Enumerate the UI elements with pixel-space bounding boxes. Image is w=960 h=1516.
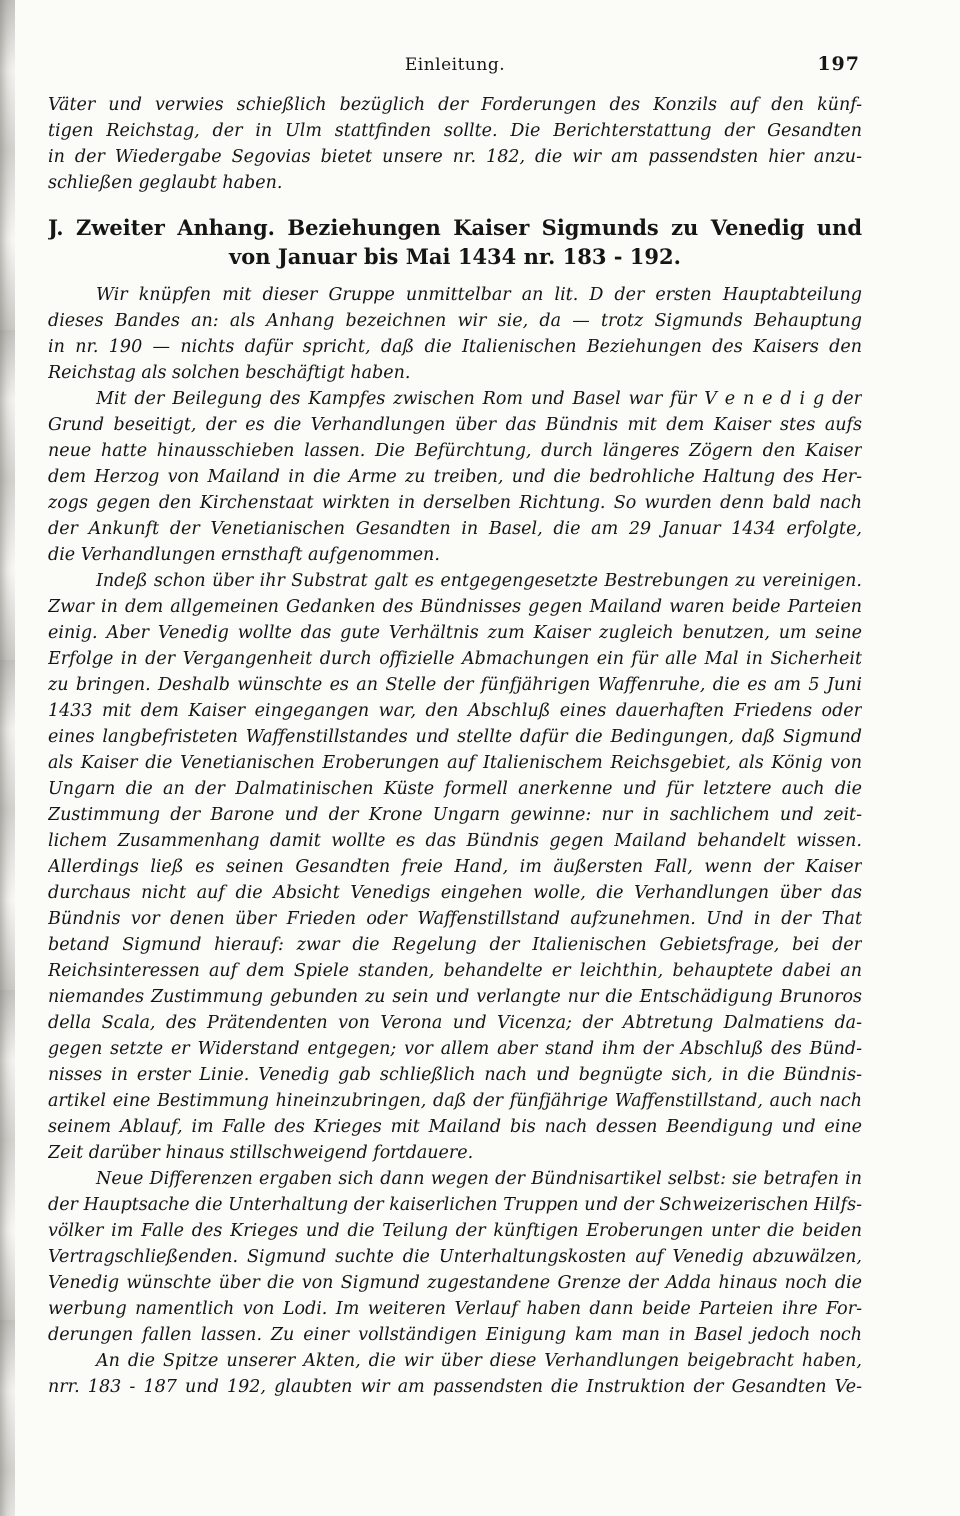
- line-text: in der Wiedergabe Segovias bietet unsere…: [48, 147, 862, 167]
- line-text: lichem Zusammenhang damit wollte es das …: [48, 831, 862, 851]
- line-text: Wir knüpfen mit dieser Gruppe unmittelba…: [96, 285, 862, 305]
- line-text: nisses in erster Linie. Venedig gab schl…: [48, 1065, 862, 1085]
- text-line: 35della Scala, des Prätendenten von Vero…: [48, 1010, 862, 1036]
- line-text: eines langbefristeten Waffenstillstandes…: [48, 727, 862, 747]
- line-text: Bündnis vor denen über Frieden oder Waff…: [48, 909, 862, 929]
- text-line: schließen geglaubt haben.: [48, 170, 862, 196]
- line-text: von Januar bis Mai 1434 nr. 183 - 192.: [229, 244, 681, 269]
- line-text: Mit der Beilegung des Kampfes zwischen R…: [96, 389, 862, 409]
- line-text: schließen geglaubt haben.: [48, 173, 282, 193]
- line-text: Väter und verwies schießlich bezüglich d…: [48, 95, 862, 115]
- text-line: 1433 mit dem Kaiser eingegangen war, den…: [48, 698, 862, 724]
- line-text: die Verhandlungen ernsthaft aufgenommen.: [48, 545, 440, 565]
- text-line: nrr. 183 - 187 und 192, glaubten wir am …: [48, 1374, 862, 1400]
- text-line: Wir knüpfen mit dieser Gruppe unmittelba…: [48, 282, 862, 308]
- text-line: 15zogs gegen den Kirchenstaat wirkten in…: [48, 490, 862, 516]
- line-text: Allerdings ließ es seinen Gesandten frei…: [48, 857, 862, 877]
- text-line: 20einig. Aber Venedig wollte das gute Ve…: [48, 620, 862, 646]
- line-text: artikel eine Bestimmung hineinzubringen,…: [48, 1091, 862, 1111]
- line-text: einig. Aber Venedig wollte das gute Verh…: [48, 623, 862, 643]
- text-line: betand Sigmund hierauf: zwar die Regelun…: [48, 932, 862, 958]
- paragraph: Indeß schon über ihr Substrat galt es en…: [48, 568, 862, 1166]
- line-text: J. Zweiter Anhang. Beziehungen Kaiser Si…: [48, 215, 862, 242]
- text-line: zu bringen. Deshalb wünschte es an Stell…: [48, 672, 862, 698]
- text-line: An die Spitze unserer Akten, die wir übe…: [48, 1348, 862, 1374]
- line-text: in nr. 190 — nichts dafür spricht, daß d…: [48, 337, 862, 357]
- line-text: völker im Falle des Krieges und die Teil…: [48, 1221, 862, 1241]
- text-line: tigen Reichstag, der in Ulm stattfinden …: [48, 118, 862, 144]
- line-text: Reichsinteressen auf dem Spiele standen,…: [48, 961, 862, 981]
- line-text: der Hauptsache die Unterhaltung der kais…: [48, 1195, 862, 1215]
- scan-edge-artifact: [0, 0, 15, 1516]
- line-text: der Ankunft der Venetianischen Gesandten…: [48, 519, 862, 539]
- text-line: Neue Differenzen ergaben sich dann wegen…: [48, 1166, 862, 1192]
- text-line: Zustimmung der Barone und der Krone Unga…: [48, 802, 862, 828]
- line-text: betand Sigmund hierauf: zwar die Regelun…: [48, 935, 862, 955]
- line-text: als Kaiser die Venetianischen Eroberunge…: [48, 753, 862, 773]
- line-text: werbung namentlich von Lodi. Im weiteren…: [48, 1299, 862, 1319]
- line-text: Erfolge in der Vergangenheit durch offiz…: [48, 649, 862, 669]
- text-line: Allerdings ließ es seinen Gesandten frei…: [48, 854, 862, 880]
- line-text: nrr. 183 - 187 und 192, glaubten wir am …: [48, 1377, 862, 1397]
- line-text: Grund beseitigt, der es die Verhandlunge…: [48, 415, 862, 435]
- line-text: Zustimmung der Barone und der Krone Unga…: [48, 805, 862, 825]
- text-line: niemandes Zustimmung gebunden zu sein un…: [48, 984, 862, 1010]
- text-line: Bündnis vor denen über Frieden oder Waff…: [48, 906, 862, 932]
- line-text: gegen setzte er Widerstand entgegen; vor…: [48, 1039, 862, 1059]
- text-line: Väter und verwies schießlich bezüglich d…: [48, 92, 862, 118]
- heading-line: 5J. Zweiter Anhang. Beziehungen Kaiser S…: [48, 213, 862, 242]
- section-heading: 5J. Zweiter Anhang. Beziehungen Kaiser S…: [48, 213, 862, 271]
- text-line: die Verhandlungen ernsthaft aufgenommen.: [48, 542, 862, 568]
- line-text: Indeß schon über ihr Substrat galt es en…: [96, 571, 862, 591]
- line-text: zogs gegen den Kirchenstaat wirkten in d…: [48, 493, 862, 513]
- line-text: dieses Bandes an: als Anhang bezeichnen …: [48, 311, 862, 331]
- text-block: Väter und verwies schießlich bezüglich d…: [48, 92, 862, 1400]
- text-line: seinem Ablauf, im Falle des Krieges mit …: [48, 1114, 862, 1140]
- text-line: dem Herzog von Mailand in die Arme zu tr…: [48, 464, 862, 490]
- text-line: der Ankunft der Venetianischen Gesandten…: [48, 516, 862, 542]
- text-line: 45Venedig wünschte über die von Sigmund …: [48, 1270, 862, 1296]
- line-text: tigen Reichstag, der in Ulm stattfinden …: [48, 121, 862, 141]
- text-line: Vertragschließenden. Sigmund suchte die …: [48, 1244, 862, 1270]
- text-line: 30durchaus nicht auf die Absicht Venedig…: [48, 880, 862, 906]
- line-text: durchaus nicht auf die Absicht Venedigs …: [48, 883, 862, 903]
- line-text: zu bringen. Deshalb wünschte es an Stell…: [48, 675, 862, 695]
- text-line: werbung namentlich von Lodi. Im weiteren…: [48, 1296, 862, 1322]
- text-line: dieses Bandes an: als Anhang bezeichnen …: [48, 308, 862, 334]
- text-line: Indeß schon über ihr Substrat galt es en…: [48, 568, 862, 594]
- text-line: eines langbefristeten Waffenstillstandes…: [48, 724, 862, 750]
- running-title: Einleitung.: [405, 55, 505, 75]
- line-text: Vertragschließenden. Sigmund suchte die …: [48, 1247, 862, 1270]
- text-line: lichem Zusammenhang damit wollte es das …: [48, 828, 862, 854]
- paragraph: An die Spitze unserer Akten, die wir übe…: [48, 1348, 862, 1400]
- line-text: Zwar in dem allgemeinen Gedanken des Bün…: [48, 597, 862, 617]
- text-line: Reichsinteressen auf dem Spiele standen,…: [48, 958, 862, 984]
- paragraph: Neue Differenzen ergaben sich dann wegen…: [48, 1166, 862, 1348]
- page-number: 197: [817, 51, 860, 77]
- line-text: Venedig wünschte über die von Sigmund zu…: [48, 1273, 862, 1296]
- text-line: völker im Falle des Krieges und die Teil…: [48, 1218, 862, 1244]
- text-line: in der Wiedergabe Segovias bietet unsere…: [48, 144, 862, 170]
- line-text: seinem Ablauf, im Falle des Krieges mit …: [48, 1117, 862, 1137]
- paragraph: Wir knüpfen mit dieser Gruppe unmittelba…: [48, 282, 862, 386]
- line-text: Reichstag als solchen beschäftigt haben.: [48, 363, 410, 383]
- page-header: Einleitung. 197: [48, 52, 862, 78]
- text-line: 25als Kaiser die Venetianischen Eroberun…: [48, 750, 862, 776]
- text-line: Zwar in dem allgemeinen Gedanken des Bün…: [48, 594, 862, 620]
- paragraph: Väter und verwies schießlich bezüglich d…: [48, 92, 862, 196]
- text-line: Grund beseitigt, der es die Verhandlunge…: [48, 412, 862, 438]
- text-line: Ungarn die an der Dalmatinischen Küste f…: [48, 776, 862, 802]
- line-text: Ungarn die an der Dalmatinischen Küste f…: [48, 779, 862, 799]
- scanned-book-page: Einleitung. 197 Väter und verwies schieß…: [0, 0, 960, 1516]
- line-text: 1433 mit dem Kaiser eingegangen war, den…: [48, 701, 862, 721]
- line-text: neue hatte hinausschieben lassen. Die Be…: [48, 441, 862, 461]
- text-line: 10Reichstag als solchen beschäftigt habe…: [48, 360, 862, 386]
- line-text: della Scala, des Prätendenten von Verona…: [48, 1013, 862, 1033]
- text-line: Mit der Beilegung des Kampfes zwischen R…: [48, 386, 862, 412]
- text-line: gegen setzte er Widerstand entgegen; vor…: [48, 1036, 862, 1062]
- line-text: Neue Differenzen ergaben sich dann wegen…: [96, 1169, 862, 1189]
- text-line: in nr. 190 — nichts dafür spricht, daß d…: [48, 334, 862, 360]
- text-line: neue hatte hinausschieben lassen. Die Be…: [48, 438, 862, 464]
- line-text: Zeit darüber hinaus stillschweigend fort…: [48, 1143, 473, 1163]
- text-line: Erfolge in der Vergangenheit durch offiz…: [48, 646, 862, 672]
- heading-line: von Januar bis Mai 1434 nr. 183 - 192.: [48, 242, 862, 271]
- text-line: der Hauptsache die Unterhaltung der kais…: [48, 1192, 862, 1218]
- text-line: nisses in erster Linie. Venedig gab schl…: [48, 1062, 862, 1088]
- line-text: niemandes Zustimmung gebunden zu sein un…: [48, 987, 862, 1007]
- page-content: Einleitung. 197 Väter und verwies schieß…: [48, 52, 862, 1400]
- text-line: artikel eine Bestimmung hineinzubringen,…: [48, 1088, 862, 1114]
- line-text: dem Herzog von Mailand in die Arme zu tr…: [48, 467, 862, 487]
- line-text: derungen fallen lassen. Zu einer vollstä…: [48, 1325, 862, 1348]
- text-line: 40Zeit darüber hinaus stillschweigend fo…: [48, 1140, 862, 1166]
- text-line: derungen fallen lassen. Zu einer vollstä…: [48, 1322, 862, 1348]
- paragraph: Mit der Beilegung des Kampfes zwischen R…: [48, 386, 862, 568]
- line-text: An die Spitze unserer Akten, die wir übe…: [96, 1351, 862, 1371]
